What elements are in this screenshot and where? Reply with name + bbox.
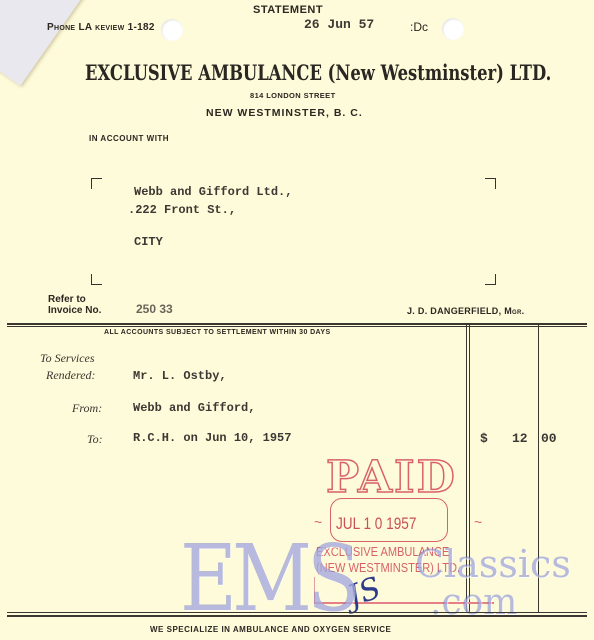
bracket-top-left xyxy=(91,178,102,189)
to-value: R.C.H. on Jun 10, 1957 xyxy=(133,431,291,445)
company-city: NEW WESTMINSTER, B. C. xyxy=(206,107,363,119)
recipient-name: Webb and Gifford Ltd., xyxy=(134,185,292,199)
currency-symbol: $ xyxy=(480,431,488,446)
bracket-bottom-right xyxy=(485,274,496,285)
footer-slogan: WE SPECIALIZE IN AMBULANCE AND OXYGEN SE… xyxy=(150,625,391,634)
recipient-city: CITY xyxy=(134,235,163,249)
services-patient: Mr. L. Ostby, xyxy=(133,369,227,383)
refer-to-label: Refer to xyxy=(48,294,86,305)
amount-cents: 00 xyxy=(541,431,557,446)
bottom-rule-2 xyxy=(7,615,587,617)
watermark-domain: .com xyxy=(430,582,517,623)
amount-dollars: 12 xyxy=(512,431,528,446)
manager-name: J. D. DANGERFIELD, Mgr. xyxy=(407,306,524,316)
watermark-classics: Classics xyxy=(415,542,571,586)
top-rule-1 xyxy=(7,323,587,325)
punch-hole-right xyxy=(442,18,464,40)
terms-text: ALL ACCOUNTS SUBJECT TO SETTLEMENT WITHI… xyxy=(104,329,331,336)
punch-hole-left xyxy=(161,19,183,41)
recipient-street: .222 Front St., xyxy=(128,203,236,217)
bracket-bottom-left xyxy=(91,274,102,285)
statement-date-suffix: :Dc xyxy=(410,20,428,34)
phone-number: Phone LA keview 1-182 xyxy=(47,22,155,33)
company-street: 814 LONDON STREET xyxy=(250,91,336,100)
from-label: From: xyxy=(72,401,102,416)
paid-stamp-flourish-right: ~ xyxy=(474,514,482,530)
paid-stamp-title: PAID xyxy=(326,452,457,503)
services-label-2: Rendered: xyxy=(46,368,96,383)
in-account-with-label: IN ACCOUNT WITH xyxy=(89,134,169,143)
from-value: Webb and Gifford, xyxy=(133,401,255,415)
company-name: EXCLUSIVE AMBULANCE (New Westminster) LT… xyxy=(85,60,551,85)
bottom-rule-1 xyxy=(7,612,587,613)
services-label-1: To Services xyxy=(40,351,95,366)
top-rule-2 xyxy=(7,326,587,327)
statement-label: STATEMENT xyxy=(253,4,323,16)
invoice-number: 250 33 xyxy=(136,302,173,316)
invoice-no-label: Invoice No. xyxy=(48,305,101,316)
statement-date: 26 Jun 57 xyxy=(304,17,374,32)
torn-corner xyxy=(0,0,83,86)
to-label: To: xyxy=(87,432,103,447)
bracket-top-right xyxy=(485,178,496,189)
